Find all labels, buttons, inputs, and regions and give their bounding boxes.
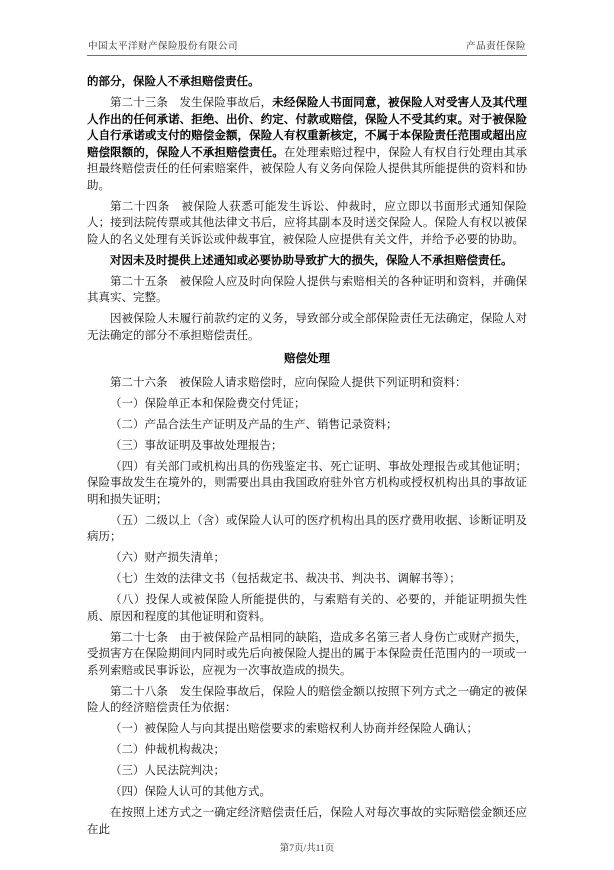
list-item: （三）人民法院判决； xyxy=(87,763,527,780)
page-header: 中国太平洋财产保险股份有限公司 产品责任保险 xyxy=(0,0,614,55)
text-run: （四）保险人认可的其他方式。 xyxy=(110,786,271,798)
list-item: （三）事故证明及事故处理报告； xyxy=(87,438,527,455)
body-paragraph: 的部分，保险人不承担赔偿责任。 xyxy=(87,74,527,91)
text-run: 第二十三条 发生保险事故后， xyxy=(110,97,272,109)
text-run: （八）投保人或被保险人所能提供的，与索赔有关的、必要的，并能证明损失性质、原因和… xyxy=(87,594,527,623)
text-run: （二）产品合法生产证明及产品的生产、销售记录资料； xyxy=(110,419,398,431)
body-paragraph: 第二十四条 被保险人获悉可能发生诉讼、仲裁时，应立即以书面形式通知保险人；接到法… xyxy=(87,199,527,249)
text-run: 第二十七条 由于被保险产品相同的缺陷，造成多名第三者人身伤亡或财产损失，受损害方… xyxy=(87,632,527,677)
document-page: 中国太平洋财产保险股份有限公司 产品责任保险 的部分，保险人不承担赔偿责任。第二… xyxy=(0,0,614,870)
list-item: （五）二级以上（含）或保险人认可的医疗机构出具的医疗费用收据、诊断证明及病历； xyxy=(87,513,527,546)
body-paragraph: 因被保险人未履行前款约定的义务，导致部分或全部保险责任无法确定，保险人对无法确定… xyxy=(87,311,527,344)
body-paragraph: 第二十五条 被保险人应及时向保险人提供与索赔相关的各种证明和资料，并确保其真实、… xyxy=(87,274,527,307)
list-item: （六）财产损失清单； xyxy=(87,550,527,567)
list-item: （一）保险单正本和保险费交付凭证； xyxy=(87,396,527,413)
text-run: （一）被保险人与向其提出赔偿要求的索赔权利人协商并经保险人确认； xyxy=(110,723,478,735)
text-run: （三）人民法院判决； xyxy=(110,765,225,777)
text-run: （三）事故证明及事故处理报告； xyxy=(110,440,283,452)
list-item: （二）仲裁机构裁决； xyxy=(87,742,527,759)
emphasized-text-run: 对因未及时提供上述通知或必要协助导致扩大的损失，保险人不承担赔偿责任。 xyxy=(110,255,513,267)
emphasized-text-run: 的部分，保险人不承担赔偿责任。 xyxy=(87,76,260,88)
text-run: （一）保险单正本和保险费交付凭证； xyxy=(110,398,306,410)
body-paragraph: 第二十八条 发生保险事故后，保险人的赔偿金额以按照下列方式之一确定的被保险人的经… xyxy=(87,684,527,717)
text-run: （四）有关部门或机构出具的伤残鉴定书、死亡证明、事故处理报告或其他证明；保险事故… xyxy=(87,461,527,506)
body-paragraph: 对因未及时提供上述通知或必要协助导致扩大的损失，保险人不承担赔偿责任。 xyxy=(87,253,527,270)
text-run: （七）生效的法律文书（包括裁定书、裁决书、判决书、调解书等）； xyxy=(110,573,461,585)
body-paragraph: 第二十六条 被保险人请求赔偿时，应向保险人提供下列证明和资料： xyxy=(87,375,527,392)
text-run: 第二十八条 发生保险事故后，保险人的赔偿金额以按照下列方式之一确定的被保险人的经… xyxy=(87,686,527,715)
list-item: （二）产品合法生产证明及产品的生产、销售记录资料； xyxy=(87,417,527,434)
list-item: （四）有关部门或机构出具的伤残鉴定书、死亡证明、事故处理报告或其他证明；保险事故… xyxy=(87,459,527,509)
body-paragraph: 在按照上述方式之一确定经济赔偿责任后，保险人对每次事故的实际赔偿金额还应在此 xyxy=(87,805,527,838)
text-run: 在按照上述方式之一确定经济赔偿责任后，保险人对每次事故的实际赔偿金额还应在此 xyxy=(87,807,527,836)
header-product-name: 产品责任保险 xyxy=(466,38,526,52)
text-run: （六）财产损失清单； xyxy=(110,552,225,564)
list-item: （四）保险人认可的其他方式。 xyxy=(87,784,527,801)
text-run: （五）二级以上（含）或保险人认可的医疗机构出具的医疗费用收据、诊断证明及病历； xyxy=(87,515,527,544)
document-body: 的部分，保险人不承担赔偿责任。第二十三条 发生保险事故后，未经保险人书面同意，被… xyxy=(0,56,614,838)
text-run: 第二十五条 被保险人应及时向保险人提供与索赔相关的各种证明和资料，并确保其真实、… xyxy=(87,276,527,305)
text-run: （二）仲裁机构裁决； xyxy=(110,744,225,756)
emphasized-text-run: 赔偿处理 xyxy=(284,353,330,365)
list-item: （八）投保人或被保险人所能提供的，与索赔有关的、必要的，并能证明损失性质、原因和… xyxy=(87,592,527,625)
list-item: （七）生效的法律文书（包括裁定书、裁决书、判决书、调解书等）； xyxy=(87,571,527,588)
text-run: 因被保险人未履行前款约定的义务，导致部分或全部保险责任无法确定，保险人对无法确定… xyxy=(87,313,527,342)
body-paragraph: 第二十七条 由于被保险产品相同的缺陷，造成多名第三者人身伤亡或财产损失，受损害方… xyxy=(87,630,527,680)
text-run: 第二十四条 被保险人获悉可能发生诉讼、仲裁时，应立即以书面形式通知保险人；接到法… xyxy=(87,201,527,246)
page-number-indicator: 第7页/共11页 xyxy=(280,844,335,854)
header-company-name: 中国太平洋财产保险股份有限公司 xyxy=(88,38,238,52)
body-paragraph: 第二十三条 发生保险事故后，未经保险人书面同意，被保险人对受害人及其代理人作出的… xyxy=(87,95,527,194)
section-heading: 赔偿处理 xyxy=(87,351,527,368)
page-footer: 第7页/共11页 xyxy=(0,840,614,854)
text-run: 第二十六条 被保险人请求赔偿时，应向保险人提供下列证明和资料： xyxy=(110,377,467,389)
list-item: （一）被保险人与向其提出赔偿要求的索赔权利人协商并经保险人确认； xyxy=(87,721,527,738)
